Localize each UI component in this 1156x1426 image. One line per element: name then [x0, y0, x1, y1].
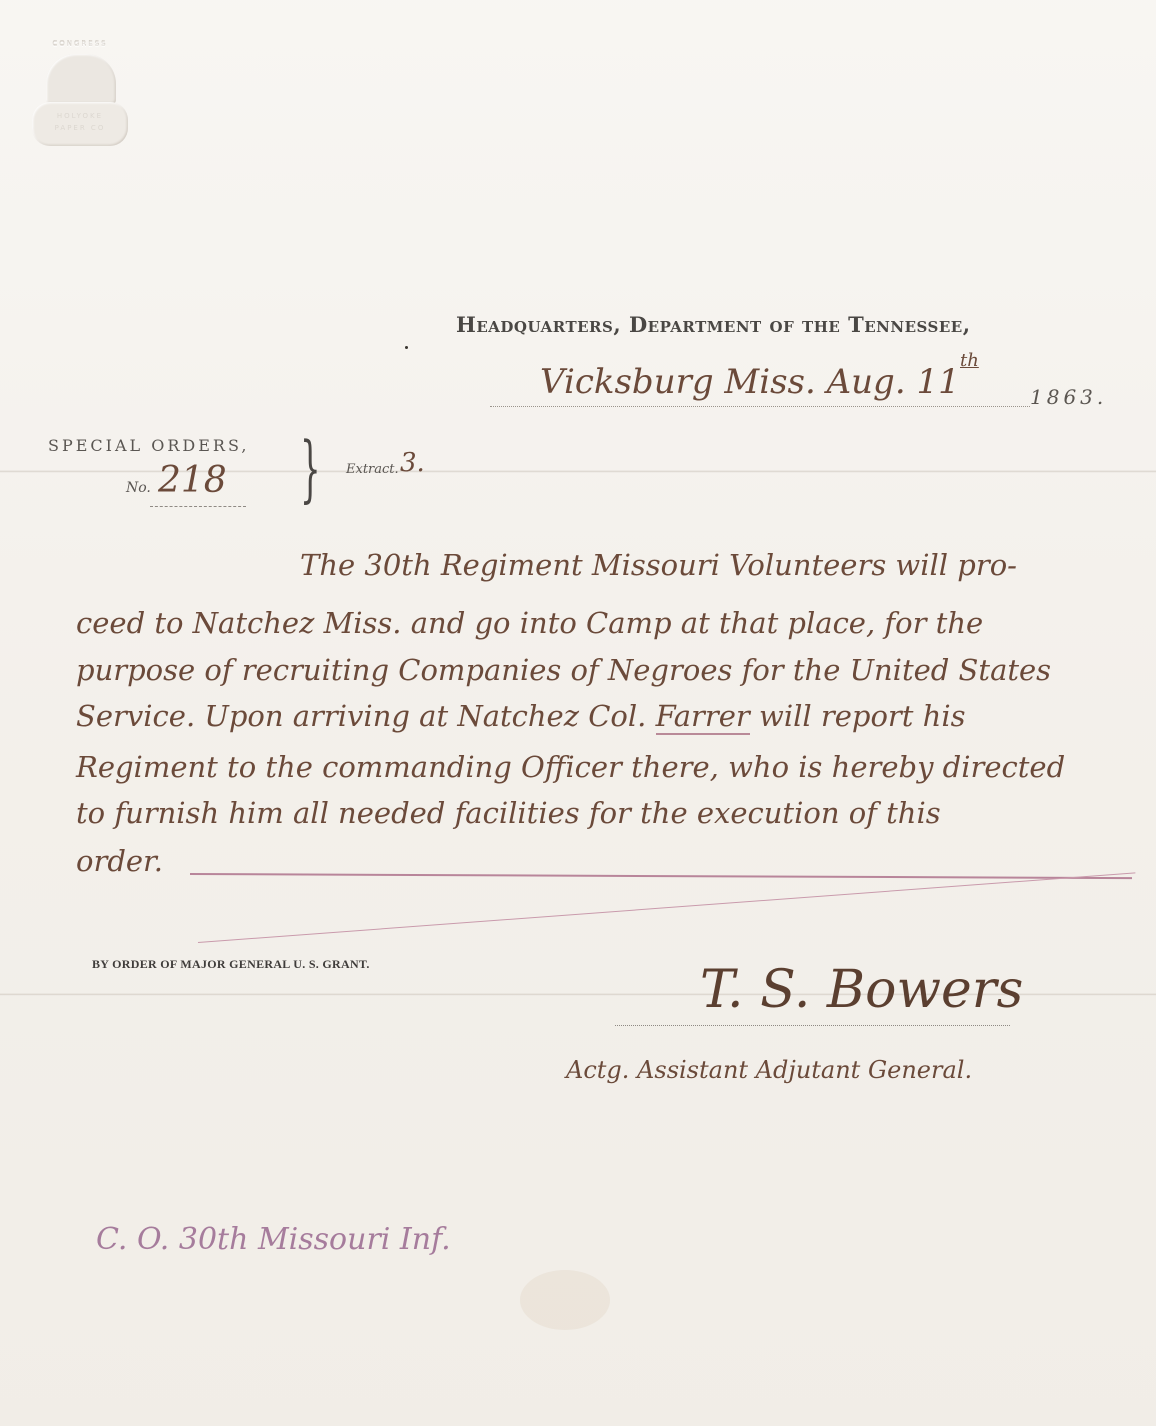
body-line-2: ceed to Natchez Miss. and go into Camp a… [76, 606, 983, 640]
dateline-place-date: Vicksburg Miss. Aug. 11 [540, 362, 960, 402]
body-line-1: The 30th Regiment Missouri Volunteers wi… [300, 548, 1017, 582]
body-line-3: purpose of recruiting Companies of Negro… [76, 653, 1051, 687]
body-line-4-end: will report his [750, 699, 966, 733]
body-line-6: to furnish him all needed facilities for… [76, 796, 941, 830]
embossed-holyoke-seal: CONGRESS HOLYOKE PAPER CO [28, 40, 132, 158]
body-line-4-start: Service. Upon arriving at Natchez Col. [76, 699, 656, 733]
seal-top-text: CONGRESS [38, 40, 122, 48]
endorsement-note: C. O. 30th Missouri Inf. [96, 1222, 451, 1257]
capitol-building-icon [46, 54, 116, 104]
colonel-name: Farrer [656, 699, 750, 735]
closing-rule [190, 873, 1132, 879]
signature-dotted-rule [615, 1025, 1010, 1026]
seal-banner: HOLYOKE PAPER CO [32, 102, 128, 146]
order-number: 218 [158, 460, 227, 501]
signature: T. S. Bowers [700, 960, 1023, 1020]
dateline-year: 1863. [1030, 385, 1107, 409]
by-order-line: BY ORDER OF MAJOR GENERAL U. S. GRANT. [92, 957, 370, 972]
body-line-4: Service. Upon arriving at Natchez Col. F… [76, 699, 965, 733]
seal-banner-line2: PAPER CO [32, 122, 128, 134]
curly-brace: } [300, 432, 321, 504]
body-line-5: Regiment to the commanding Officer there… [76, 750, 1065, 784]
signer-title: Actg. Assistant Adjutant General. [566, 1056, 972, 1084]
extract-number: 3. [400, 448, 425, 478]
dateline-dotted-rule [490, 406, 1030, 407]
order-number-rule [150, 506, 246, 507]
extract-label: Extract. [346, 462, 399, 477]
ink-dot [405, 346, 408, 349]
body-line-7: order. [76, 844, 163, 878]
dateline-ordinal: th [960, 350, 979, 371]
special-orders-label: SPECIAL ORDERS, [48, 436, 249, 455]
order-number-label: No. [126, 480, 151, 496]
paper-stain [520, 1270, 610, 1330]
closing-diagonal-rule [198, 872, 1135, 943]
letterhead-title: Headquarters, Department of the Tennesse… [456, 312, 971, 337]
seal-banner-line1: HOLYOKE [32, 110, 128, 122]
